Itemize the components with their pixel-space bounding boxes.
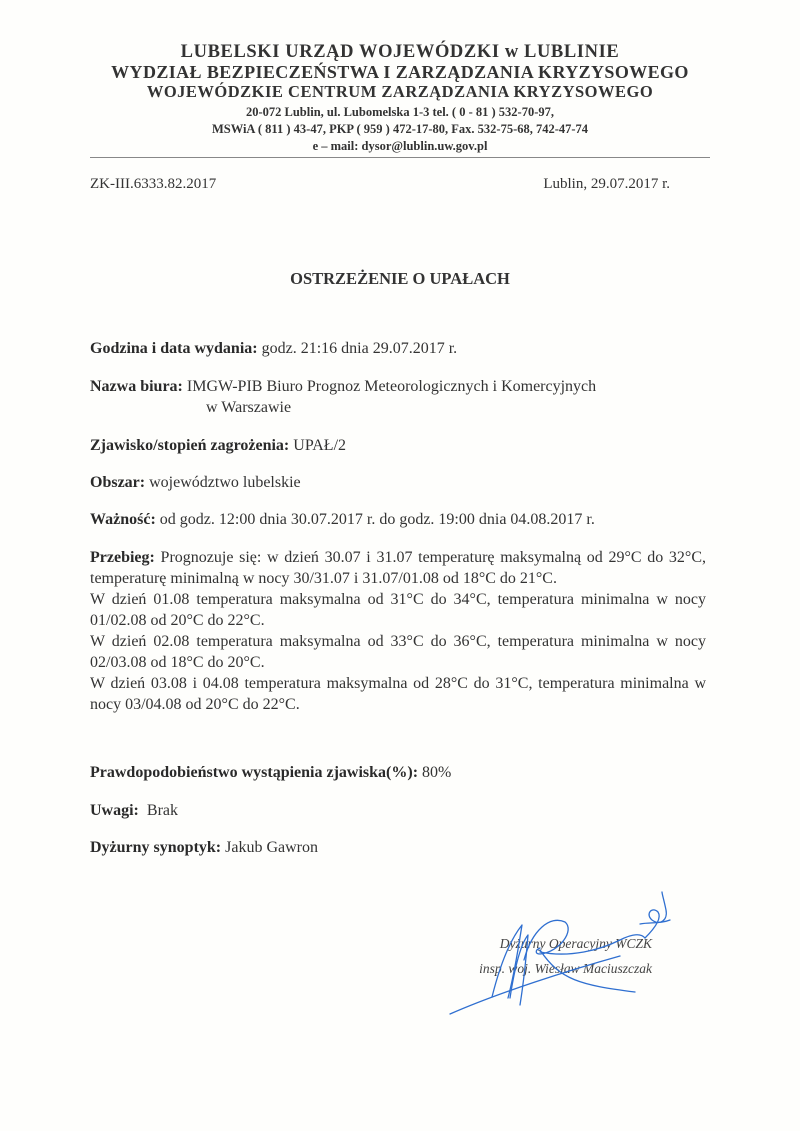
office-name: LUBELSKI URZĄD WOJEWÓDZKI w LUBLINIE [90, 42, 710, 62]
field-label: Ważność: [90, 511, 156, 528]
email-line: e – mail: dysor@lublin.uw.gov.pl [90, 138, 710, 155]
field-label: Prawdopodobieństwo wystąpienia zjawiska(… [90, 764, 418, 781]
field-value-continued: w Warszawie [90, 397, 706, 418]
field-value: województwo lubelskie [145, 474, 301, 491]
course-paragraph: W dzień 02.08 temperatura maksymalna od … [90, 631, 706, 673]
field-area: Obszar: województwo lubelskie [90, 472, 706, 493]
field-label: Godzina i data wydania: [90, 340, 258, 357]
field-label: Nazwa biura: [90, 378, 183, 395]
field-phenomenon: Zjawisko/stopień zagrożenia: UPAŁ/2 [90, 435, 706, 456]
field-validity: Ważność: od godz. 12:00 dnia 30.07.2017 … [90, 509, 706, 530]
reference-number: ZK-III.6333.82.2017 [90, 176, 216, 193]
field-office: Nazwa biura: IMGW-PIB Biuro Prognoz Mete… [90, 376, 706, 418]
phones-line: MSWiA ( 811 ) 43-47, PKP ( 959 ) 472-17-… [90, 121, 710, 138]
field-label: Przebieg: [90, 549, 155, 566]
center-name: WOJEWÓDZKIE CENTRUM ZARZĄDZANIA KRYZYSOW… [90, 82, 710, 102]
field-value: IMGW-PIB Biuro Prognoz Meteorologicznych… [183, 378, 596, 395]
field-value: 80% [418, 764, 451, 781]
field-label: Zjawisko/stopień zagrożenia: [90, 437, 289, 454]
course-paragraph: Przebieg: Prognozuje się: w dzień 30.07 … [90, 547, 706, 589]
handwritten-signature-icon [440, 880, 710, 1030]
field-label: Dyżurny synoptyk: [90, 839, 221, 856]
signature-block: Dyżurny Operacyjny WCZK insp. woj. Wiesł… [440, 880, 710, 1030]
course-paragraph: W dzień 01.08 temperatura maksymalna od … [90, 589, 706, 631]
department-name: WYDZIAŁ BEZPIECZEŃSTWA I ZARZĄDZANIA KRY… [90, 62, 710, 82]
document-title: OSTRZEŻENIE O UPAŁACH [0, 269, 800, 289]
field-probability: Prawdopodobieństwo wystąpienia zjawiska(… [90, 762, 706, 783]
letterhead-divider [90, 157, 710, 158]
field-forecaster: Dyżurny synoptyk: Jakub Gawron [90, 837, 706, 858]
field-value: Jakub Gawron [221, 839, 318, 856]
field-value: Brak [139, 802, 178, 819]
field-label: Uwagi: [90, 802, 139, 819]
field-value: godz. 21:16 dnia 29.07.2017 r. [258, 340, 458, 357]
course-paragraph: W dzień 03.08 i 04.08 temperatura maksym… [90, 673, 706, 715]
document-page: LUBELSKI URZĄD WOJEWÓDZKI w LUBLINIE WYD… [0, 0, 800, 1131]
field-course: Przebieg: Prognozuje się: w dzień 30.07 … [90, 547, 706, 715]
field-value: Prognozuje się: w dzień 30.07 i 31.07 te… [90, 549, 706, 587]
address-line: 20-072 Lublin, ul. Lubomelska 1-3 tel. (… [90, 104, 710, 121]
field-label: Obszar: [90, 474, 145, 491]
field-value: UPAŁ/2 [289, 437, 346, 454]
field-remarks: Uwagi: Brak [90, 800, 706, 821]
place-date: Lublin, 29.07.2017 r. [543, 176, 670, 193]
letterhead: LUBELSKI URZĄD WOJEWÓDZKI w LUBLINIE WYD… [90, 42, 710, 155]
field-value: od godz. 12:00 dnia 30.07.2017 r. do god… [156, 511, 595, 528]
field-issued: Godzina i data wydania: godz. 21:16 dnia… [90, 338, 706, 359]
